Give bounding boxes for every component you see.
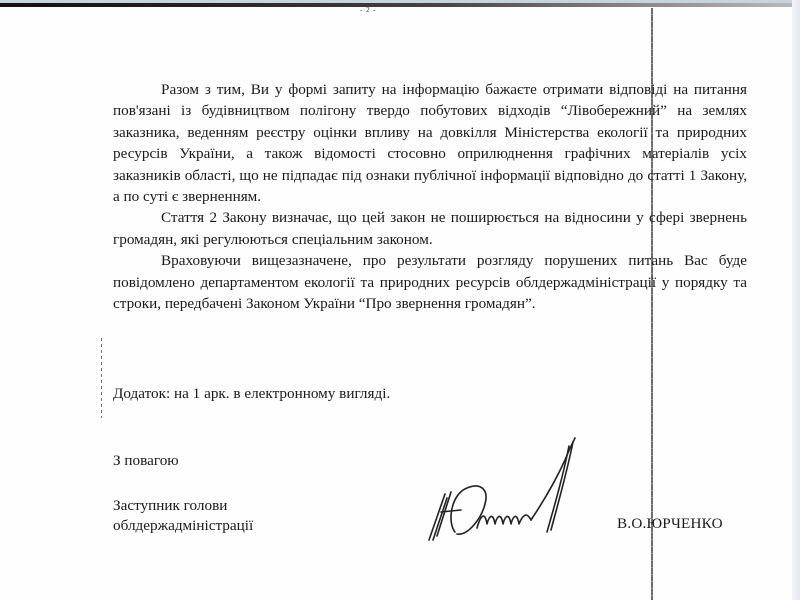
handwritten-signature-icon [415,432,595,547]
paragraph-response-notice: Враховуючи вищезазначене, про результати… [113,250,747,314]
paragraph-law-article: Стаття 2 Закону визначає, що цей закон н… [113,207,747,250]
letter-body: Разом з тим, Ви у формі запиту на інформ… [113,79,747,314]
signer-position: Заступник голови облдержадміністрації [113,496,253,536]
scanned-document-page: - 2 - Разом з тим, Ви у формі запиту на … [0,0,800,600]
paragraph-request-summary: Разом з тим, Ви у формі запиту на інформ… [113,79,747,207]
scan-margin-mark [101,338,102,418]
window-frame-right [792,0,800,600]
closing-regards: З повагою [113,452,179,470]
attachment-note: Додаток: на 1 арк. в електронному вигляд… [113,385,390,403]
signer-position-line-2: облдержадміністрації [113,516,253,536]
page-number-stub: - 2 - [360,6,377,14]
scan-top-edge [0,3,800,7]
signer-position-line-1: Заступник голови [113,496,253,516]
signer-name: В.О.ЮРЧЕНКО [617,515,723,533]
